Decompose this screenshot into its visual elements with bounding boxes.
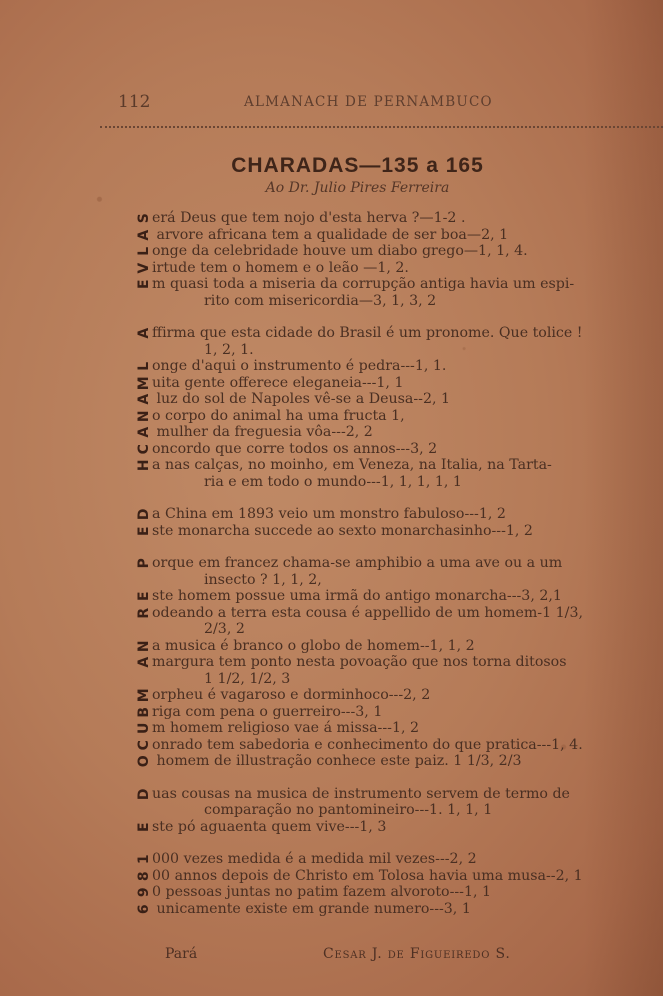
acrostic-initial: H <box>136 458 153 472</box>
charade-line: Ha nas calças, no moinho, em Veneza, na … <box>152 457 642 474</box>
charade-text: ste homem possue uma irmã do antigo mona… <box>152 588 562 604</box>
charade-group: Duas cousas na musica de instrumento ser… <box>152 786 642 836</box>
charade-text: luz do sol de Napoles vê-se a Deusa--2, … <box>152 391 450 407</box>
charade-text: arvore africana tem a qualidade de ser b… <box>152 227 508 243</box>
acrostic-initial: M <box>136 688 153 702</box>
acrostic-initial: A <box>136 326 153 340</box>
charade-text: 000 vezes medida é a medida mil vezes---… <box>152 851 477 867</box>
acrostic-initial: R <box>136 606 153 620</box>
acrostic-initial: M <box>136 376 153 390</box>
charade-continuation: comparação no pantomineiro---1. 1, 1, 1 <box>152 802 642 819</box>
charade-line: Amargura tem ponto nesta povoação que no… <box>152 654 642 671</box>
charade-group: Da China em 1893 veio um monstro fabulos… <box>152 506 642 539</box>
dedication: Ao Dr. Julio Pires Ferreira <box>0 180 663 196</box>
charade-text: o corpo do animal ha uma fructa 1, <box>152 408 405 424</box>
signature-place: Pará <box>165 946 197 962</box>
acrostic-initial: S <box>136 211 153 225</box>
charade-text: onge da celebridade houve um diabo grego… <box>152 243 528 259</box>
acrostic-initial: E <box>136 277 153 291</box>
acrostic-initial: E <box>136 820 153 834</box>
charade-group: 1000 vezes medida é a medida mil vezes--… <box>152 851 642 917</box>
acrostic-initial: L <box>136 359 153 373</box>
acrostic-initial: A <box>136 228 153 242</box>
acrostic-initial: E <box>136 524 153 538</box>
charade-line: A luz do sol de Napoles vê-se a Deusa--2… <box>152 391 642 408</box>
charade-text: 0 pessoas juntas no patim fazem alvoroto… <box>152 884 491 900</box>
charade-line: Concordo que corre todos os annos---3, 2 <box>152 441 642 458</box>
charade-line: Affirma que esta cidade do Brasil é um p… <box>152 325 642 342</box>
charade-line: Duas cousas na musica de instrumento ser… <box>152 786 642 803</box>
acrostic-initial: A <box>136 425 153 439</box>
header-divider <box>100 126 663 128</box>
charade-text: riga com pena o guerreiro---3, 1 <box>152 704 382 720</box>
charade-continuation: 1 1/2, 1/2, 3 <box>152 671 642 688</box>
charade-continuation: ria e em todo o mundo---1, 1, 1, 1, 1 <box>152 474 642 491</box>
acrostic-initial: C <box>136 738 153 752</box>
charade-text: margura tem ponto nesta povoação que nos… <box>152 654 567 670</box>
charade-group: Affirma que esta cidade do Brasil é um p… <box>152 325 642 490</box>
page-header: 112 ALMANACH DE PERNAMBUCO <box>118 92 618 116</box>
charade-line: Em quasi toda a miseria da corrupção ant… <box>152 276 642 293</box>
acrostic-initial: V <box>136 261 153 275</box>
charades-body: Será Deus que tem nojo d'esta herva ?—1-… <box>152 210 642 917</box>
section-title: CHARADAS—135 a 165 <box>0 154 663 178</box>
charade-line: Um homem religioso vae á missa---1, 2 <box>152 720 642 737</box>
charade-text: ffirma que esta cidade do Brasil é um pr… <box>152 325 582 341</box>
charade-continuation: rito com misericordia—3, 1, 3, 2 <box>152 293 642 310</box>
group-spacer <box>152 770 642 786</box>
charade-line: Conrado tem sabedoria e conhecimento do … <box>152 737 642 754</box>
acrostic-initial: N <box>136 409 153 423</box>
charade-text: homem de illustração conhece este paiz. … <box>152 753 522 769</box>
charade-text: odeando a terra esta cousa é appellido d… <box>152 605 583 621</box>
charade-line: Porque em francez chama-se amphibio a um… <box>152 555 642 572</box>
charade-text: m quasi toda a miseria da corrupção anti… <box>152 276 574 292</box>
document-page: 112 ALMANACH DE PERNAMBUCO CHARADAS—135 … <box>0 0 663 996</box>
charade-line: Longe d'aqui o instrumento é pedra---1, … <box>152 358 642 375</box>
acrostic-initial: D <box>136 507 153 521</box>
charade-text: irtude tem o homem e o leão —1, 2. <box>152 260 409 276</box>
charade-continuation: insecto ? 1, 1, 2, <box>152 572 642 589</box>
acrostic-initial: 6 <box>136 902 153 916</box>
charade-text: onrado tem sabedoria e conhecimento do q… <box>152 737 583 753</box>
charade-line: No corpo do animal ha uma fructa 1, <box>152 408 642 425</box>
charade-text: mulher da freguesia vôa---2, 2 <box>152 424 373 440</box>
charade-line: Longe da celebridade houve um diabo greg… <box>152 243 642 260</box>
acrostic-initial: C <box>136 442 153 456</box>
charade-line: Da China em 1893 veio um monstro fabulos… <box>152 506 642 523</box>
acrostic-initial: B <box>136 705 153 719</box>
charade-line: 90 pessoas juntas no patim fazem alvorot… <box>152 884 642 901</box>
charade-line: Muita gente offerece eleganeia---1, 1 <box>152 375 642 392</box>
acrostic-initial: 9 <box>136 885 153 899</box>
charade-text: m homem religioso vae á missa---1, 2 <box>152 720 419 736</box>
charade-line: Briga com pena o guerreiro---3, 1 <box>152 704 642 721</box>
acrostic-initial: E <box>136 589 153 603</box>
charade-text: uas cousas na musica de instrumento serv… <box>152 786 570 802</box>
charade-text: ste monarcha succede ao sexto monarchasi… <box>152 523 533 539</box>
charade-line: 1000 vezes medida é a medida mil vezes--… <box>152 851 642 868</box>
acrostic-initial: D <box>136 787 153 801</box>
charade-group: Porque em francez chama-se amphibio a um… <box>152 555 642 770</box>
running-title: ALMANACH DE PERNAMBUCO <box>244 94 493 110</box>
acrostic-initial: 1 <box>136 852 153 866</box>
group-spacer <box>152 539 642 555</box>
charade-line: Este homem possue uma irmã do antigo mon… <box>152 588 642 605</box>
group-spacer <box>152 835 642 851</box>
signature-author: Cesar J. de Figueiredo S. <box>323 946 511 962</box>
charade-group: Será Deus que tem nojo d'esta herva ?—1-… <box>152 210 642 309</box>
charade-line: Este pó aguaenta quem vive---1, 3 <box>152 819 642 836</box>
acrostic-initial: 8 <box>136 869 153 883</box>
acrostic-initial: P <box>136 556 153 570</box>
acrostic-initial: A <box>136 392 153 406</box>
charade-text: ste pó aguaenta quem vive---1, 3 <box>152 819 386 835</box>
acrostic-initial: N <box>136 639 153 653</box>
acrostic-initial: O <box>136 754 153 768</box>
charade-line: 800 annos depois de Christo em Tolosa ha… <box>152 868 642 885</box>
group-spacer <box>152 490 642 506</box>
charade-line: Na musica é branco o globo de homem--1, … <box>152 638 642 655</box>
charade-text: 00 annos depois de Christo em Tolosa hav… <box>152 868 583 884</box>
acrostic-initial: L <box>136 244 153 258</box>
charade-text: oncordo que corre todos os annos---3, 2 <box>152 441 437 457</box>
charade-line: A arvore africana tem a qualidade de ser… <box>152 227 642 244</box>
charade-text: uita gente offerece eleganeia---1, 1 <box>152 375 403 391</box>
charade-line: Rodeando a terra esta cousa é appellido … <box>152 605 642 622</box>
charade-text: orque em francez chama-se amphibio a uma… <box>152 555 562 571</box>
page-number: 112 <box>118 92 150 112</box>
charade-line: 6 unicamente existe em grande numero---3… <box>152 901 642 918</box>
charade-line: Morpheu é vagaroso e dorminhoco---2, 2 <box>152 687 642 704</box>
charade-line: Virtude tem o homem e o leão —1, 2. <box>152 260 642 277</box>
charade-line: A mulher da freguesia vôa---2, 2 <box>152 424 642 441</box>
acrostic-initial: A <box>136 655 153 669</box>
charade-line: Será Deus que tem nojo d'esta herva ?—1-… <box>152 210 642 227</box>
acrostic-initial: U <box>136 721 153 735</box>
charade-line: Este monarcha succede ao sexto monarchas… <box>152 523 642 540</box>
group-spacer <box>152 309 642 325</box>
charade-text: a China em 1893 veio um monstro fabuloso… <box>152 506 506 522</box>
charade-text: a nas calças, no moinho, em Veneza, na I… <box>152 457 552 473</box>
charade-text: orpheu é vagaroso e dorminhoco---2, 2 <box>152 687 430 703</box>
charade-line: O homem de illustração conhece este paiz… <box>152 753 642 770</box>
charade-text: a musica é branco o globo de homem--1, 1… <box>152 638 475 654</box>
charade-text: erá Deus que tem nojo d'esta herva ?—1-2… <box>152 210 465 226</box>
charade-text: unicamente existe em grande numero---3, … <box>152 901 471 917</box>
charade-text: onge d'aqui o instrumento é pedra---1, 1… <box>152 358 446 374</box>
charade-continuation: 2/3, 2 <box>152 621 642 638</box>
charade-continuation: 1, 2, 1. <box>152 342 642 359</box>
